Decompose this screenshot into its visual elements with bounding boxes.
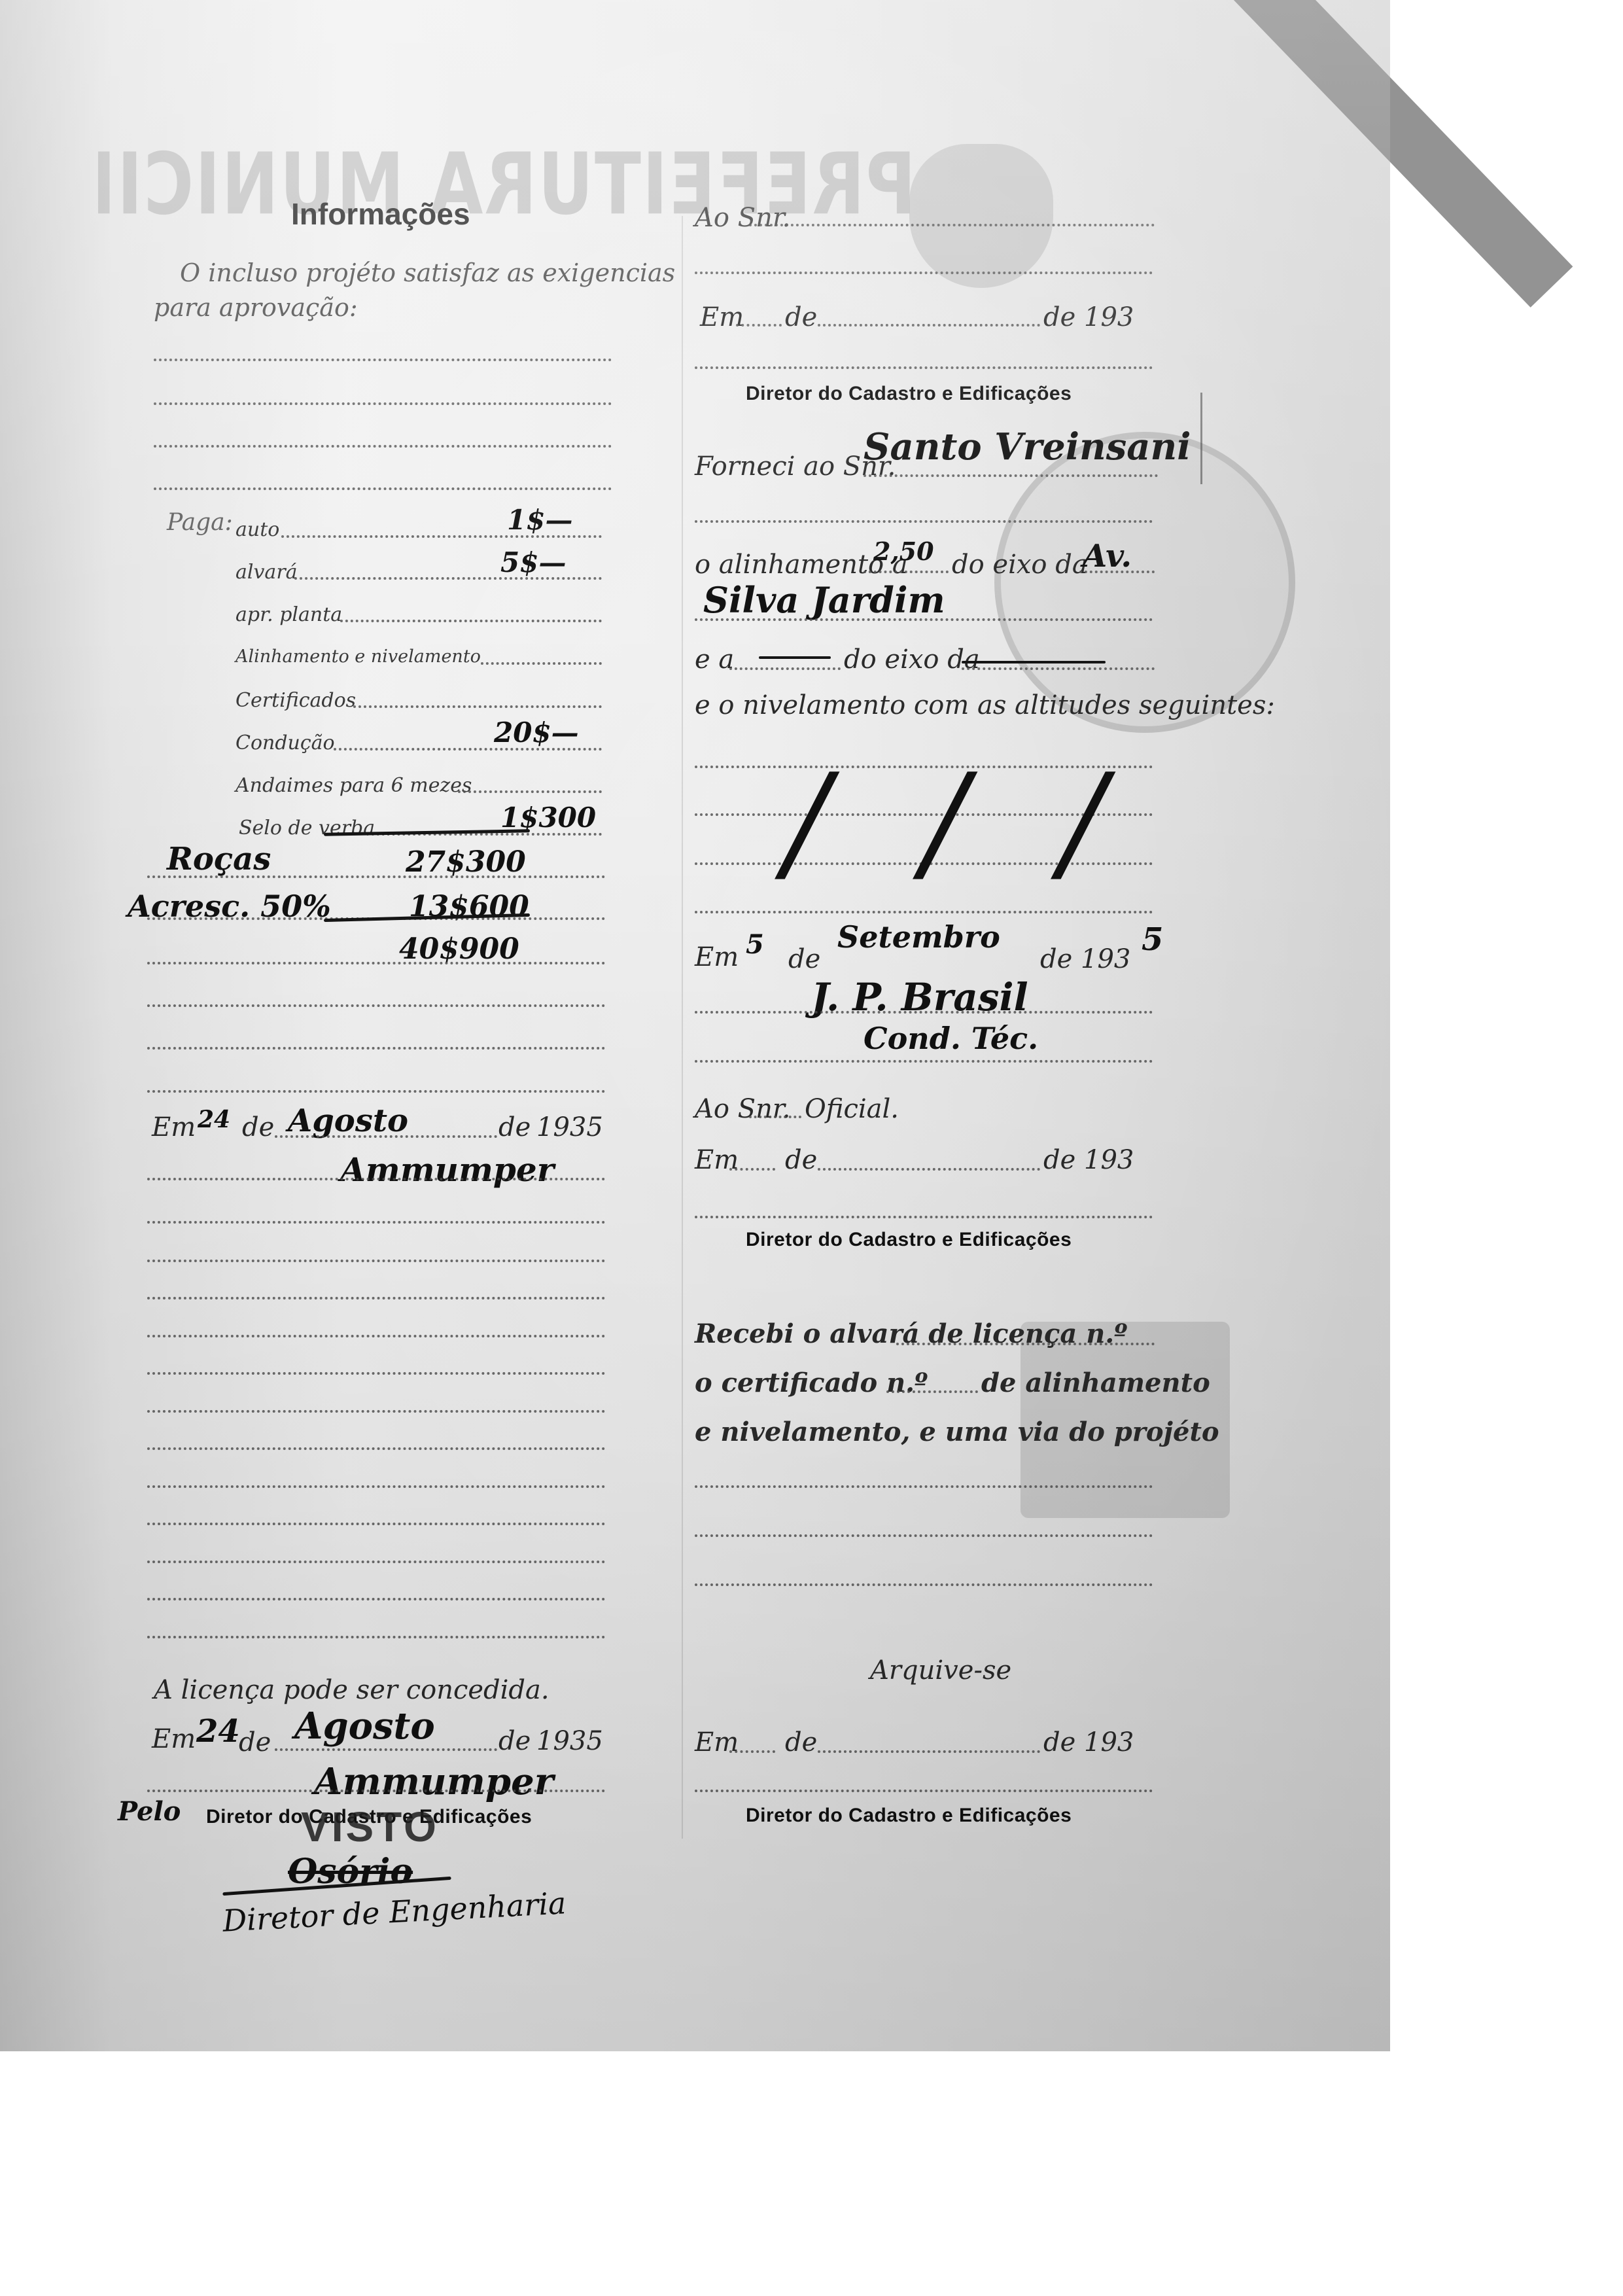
ruled-line xyxy=(695,1485,1153,1488)
ruled-line xyxy=(353,705,602,708)
ruled-line xyxy=(695,520,1153,523)
fee-label: auto xyxy=(236,518,279,541)
ruled-line xyxy=(896,1343,1155,1345)
ruled-line xyxy=(147,962,605,964)
ruled-line xyxy=(1079,571,1155,573)
recebi-line-2b: de alinhamento xyxy=(981,1368,1210,1398)
ruled-line xyxy=(154,402,612,405)
ea-mid: do eixo da xyxy=(844,645,980,675)
ruled-line xyxy=(818,1168,1040,1171)
date-de: de xyxy=(785,1727,817,1757)
ruled-line xyxy=(147,1335,605,1337)
ruled-line xyxy=(458,790,602,793)
sept-title: Cond. Téc. xyxy=(864,1021,1038,1056)
informacoes-heading: Informações xyxy=(291,196,470,232)
ruled-line xyxy=(147,1372,605,1375)
date-prefix: Em xyxy=(695,1145,739,1175)
ruled-line xyxy=(749,1116,801,1118)
ao-snr-label: Ao Snr. xyxy=(695,1094,790,1124)
date-de: de xyxy=(239,1727,271,1757)
fee-value-auto: 1$— xyxy=(507,504,572,536)
ruled-line xyxy=(147,1410,605,1413)
date-de: de xyxy=(788,944,820,974)
blank-dash xyxy=(759,656,831,659)
ruled-line xyxy=(147,1047,605,1050)
ruled-line xyxy=(154,359,612,361)
altitudes-marks: / / / xyxy=(785,746,1131,898)
ruled-line xyxy=(147,1090,605,1093)
fee-label: Alinhamento e nivelamento xyxy=(236,646,481,667)
intro-line-2: para aprovação: xyxy=(154,293,358,322)
license-statement: A licença pode ser concedida. xyxy=(154,1675,550,1705)
ruled-line xyxy=(749,224,1155,226)
ea-label: e a xyxy=(695,645,734,675)
column-divider xyxy=(682,216,683,1839)
ruled-line xyxy=(695,1060,1153,1063)
ruled-line xyxy=(147,1561,605,1563)
scanned-document-page: PREFEITURA MUNICIPAL DE CURITIBA Informa… xyxy=(0,0,1390,2051)
date-year-template: de 193 xyxy=(1043,1727,1134,1757)
date-prefix: Em xyxy=(152,1112,196,1142)
alinhamento-value: 2,50 xyxy=(873,537,934,566)
ruled-line xyxy=(695,1011,1153,1014)
alinhamento-mid: do eixo da xyxy=(952,550,1088,580)
subtotal-value: 27$300 xyxy=(406,845,526,879)
ruled-line xyxy=(695,1583,1153,1586)
fee-value-conducao: 20$— xyxy=(494,716,579,749)
date-year-template: de 193 xyxy=(1040,944,1130,974)
date-month: Agosto xyxy=(288,1103,408,1139)
street-prefix: Av. xyxy=(1083,538,1132,574)
date-prefix: Em xyxy=(695,942,739,972)
date-prefix: Em xyxy=(152,1724,196,1754)
date-year: 1935 xyxy=(536,1112,603,1142)
total-value: 40$900 xyxy=(399,932,519,966)
date-de: de xyxy=(498,1726,531,1756)
ruled-line xyxy=(147,1297,605,1299)
date-de: de xyxy=(242,1112,274,1142)
street-name: Silva Jardim xyxy=(703,579,945,621)
ruled-line xyxy=(864,571,949,573)
oficial-label: Oficial. xyxy=(805,1094,899,1124)
ruled-line xyxy=(695,618,1153,621)
date-de: de xyxy=(498,1112,531,1142)
fee-label: Condução xyxy=(236,732,335,754)
ruled-line xyxy=(147,1447,605,1450)
blank-dash xyxy=(962,661,1106,663)
ruled-line xyxy=(340,620,602,622)
director-label-right-2: Diretor do Cadastro e Edificações xyxy=(746,1229,1072,1251)
ruled-line xyxy=(695,366,1153,369)
subtotal-note: Roças xyxy=(167,841,271,877)
ruled-line xyxy=(695,1216,1153,1218)
ruled-line xyxy=(275,1748,497,1751)
coat-of-arms-watermark xyxy=(909,144,1053,288)
signature: Ammumper xyxy=(340,1150,554,1189)
date-month: Agosto xyxy=(294,1704,435,1748)
date-prefix: Em xyxy=(695,1727,739,1757)
ruled-line xyxy=(886,1390,978,1393)
ruled-line xyxy=(147,1598,605,1600)
ruled-line xyxy=(729,667,841,670)
ruled-line xyxy=(864,474,1158,477)
director-label-right-1: Diretor do Cadastro e Edificações xyxy=(746,383,1072,405)
ruled-line xyxy=(275,1135,497,1138)
date-year-template: de 193 xyxy=(1043,302,1134,332)
arquive-se: Arquive-se xyxy=(870,1655,1011,1686)
director-label-right-3: Diretor do Cadastro e Edificações xyxy=(746,1805,1072,1827)
date-month: Setembro xyxy=(837,919,1000,955)
ruled-line xyxy=(729,1750,775,1753)
date-de: de xyxy=(785,1145,817,1175)
round-stamp-ghost xyxy=(994,432,1295,733)
watermark-header: PREFEITURA MUNICIPAL DE CURITIBA xyxy=(98,134,916,232)
ruled-line xyxy=(147,1790,605,1792)
recebi-line-3: e nivelamento, e uma via do projéto xyxy=(695,1417,1219,1447)
ruled-line xyxy=(147,1178,605,1180)
intro-line-1: O incluso projéto satisfaz as exigencias xyxy=(180,258,675,287)
ruled-line xyxy=(729,1168,775,1171)
ruled-line xyxy=(695,911,1153,913)
visto-stamp: VISTO xyxy=(301,1803,439,1851)
ruled-line xyxy=(154,445,612,448)
date-prefix: Em xyxy=(700,302,744,332)
date-day: 24 xyxy=(198,1106,230,1133)
ruled-line xyxy=(147,1221,605,1224)
pelo-note: Pelo xyxy=(118,1796,181,1827)
ruled-line xyxy=(147,1260,605,1262)
ruled-line xyxy=(147,1636,605,1638)
ruled-line xyxy=(147,1004,605,1007)
date-year-template: de 193 xyxy=(1043,1145,1134,1175)
date-day: 24 xyxy=(196,1713,240,1750)
ruled-line xyxy=(695,1534,1153,1537)
date-year-suffix: 5 xyxy=(1142,921,1163,958)
date-year: 1935 xyxy=(536,1726,603,1756)
engineering-director-stamp: Diretor de Engenharia xyxy=(222,1885,567,1938)
forneci-name: Santo Vreinsani xyxy=(864,425,1191,468)
ruled-line xyxy=(695,1790,1153,1792)
fee-label: Selo de verba xyxy=(239,817,375,839)
signature: Ammumper xyxy=(314,1760,553,1803)
diagonal-band xyxy=(1158,0,1573,308)
fee-label: Certificados xyxy=(236,689,356,712)
paga-label: Paga: xyxy=(167,509,233,536)
ruled-line xyxy=(481,662,602,665)
ruled-line xyxy=(147,875,605,878)
ruled-line xyxy=(154,487,612,490)
ruled-line xyxy=(147,1485,605,1488)
ao-snr-label: Ao Snr. xyxy=(695,203,790,233)
ruled-line xyxy=(818,1750,1040,1753)
ruled-line xyxy=(736,324,782,327)
ruled-line xyxy=(818,324,1040,327)
ruled-line xyxy=(695,272,1153,274)
fee-label: apr. planta xyxy=(236,603,342,626)
nivelamento-label: e o nivelamento com as altitudes seguint… xyxy=(695,690,1275,720)
ruled-line xyxy=(147,1523,605,1525)
fee-label: Andaimes para 6 mezes xyxy=(236,774,472,797)
recebi-line-2a: o certificado n.º xyxy=(695,1368,928,1398)
margin-mark xyxy=(1200,393,1202,484)
fee-value-alvara: 5$— xyxy=(500,546,566,578)
date-day: 5 xyxy=(746,929,764,960)
fee-label: alvará xyxy=(236,561,298,584)
date-de: de xyxy=(785,302,817,332)
ruled-line xyxy=(962,667,1155,670)
